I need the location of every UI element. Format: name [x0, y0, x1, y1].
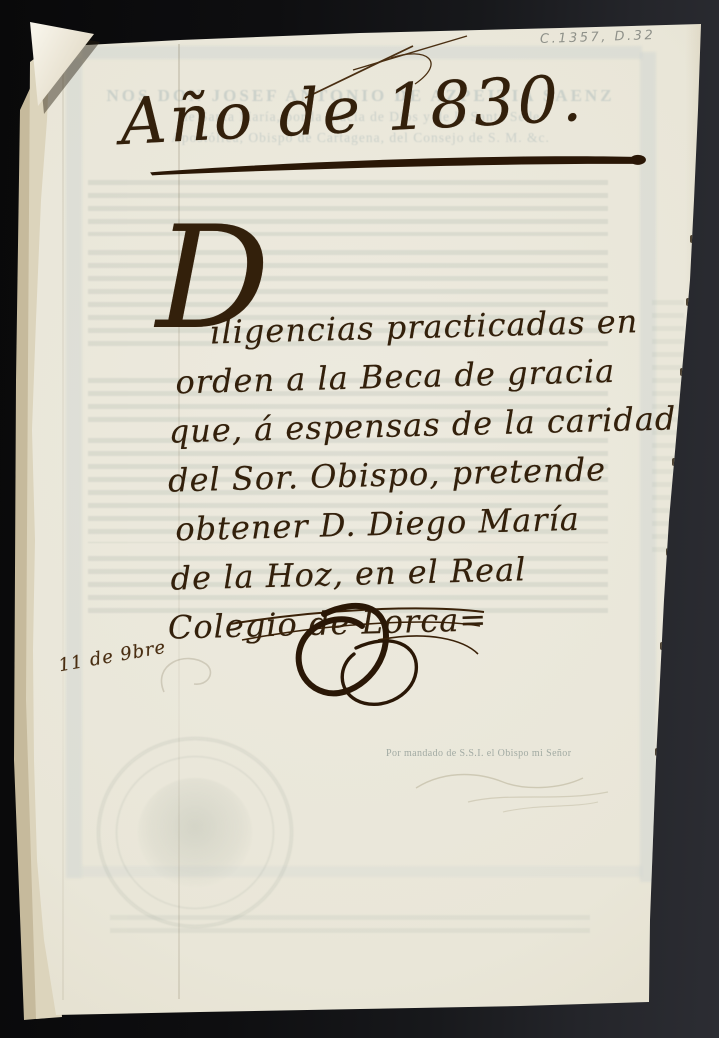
bleedthrough-signature [408, 760, 633, 820]
photograph-background: NOS DON JOSEF ANTONIO DE AZPEITIA SAENZ … [0, 0, 719, 1038]
bleed-border-left [66, 58, 82, 878]
archival-reference: C.1357, D.32 [540, 28, 656, 47]
bleedthrough-seal [97, 737, 293, 928]
rubric-flourish [228, 596, 488, 751]
document-page: NOS DON JOSEF ANTONIO DE AZPEITIA SAENZ … [0, 0, 719, 1038]
fold-crease [62, 60, 64, 1000]
